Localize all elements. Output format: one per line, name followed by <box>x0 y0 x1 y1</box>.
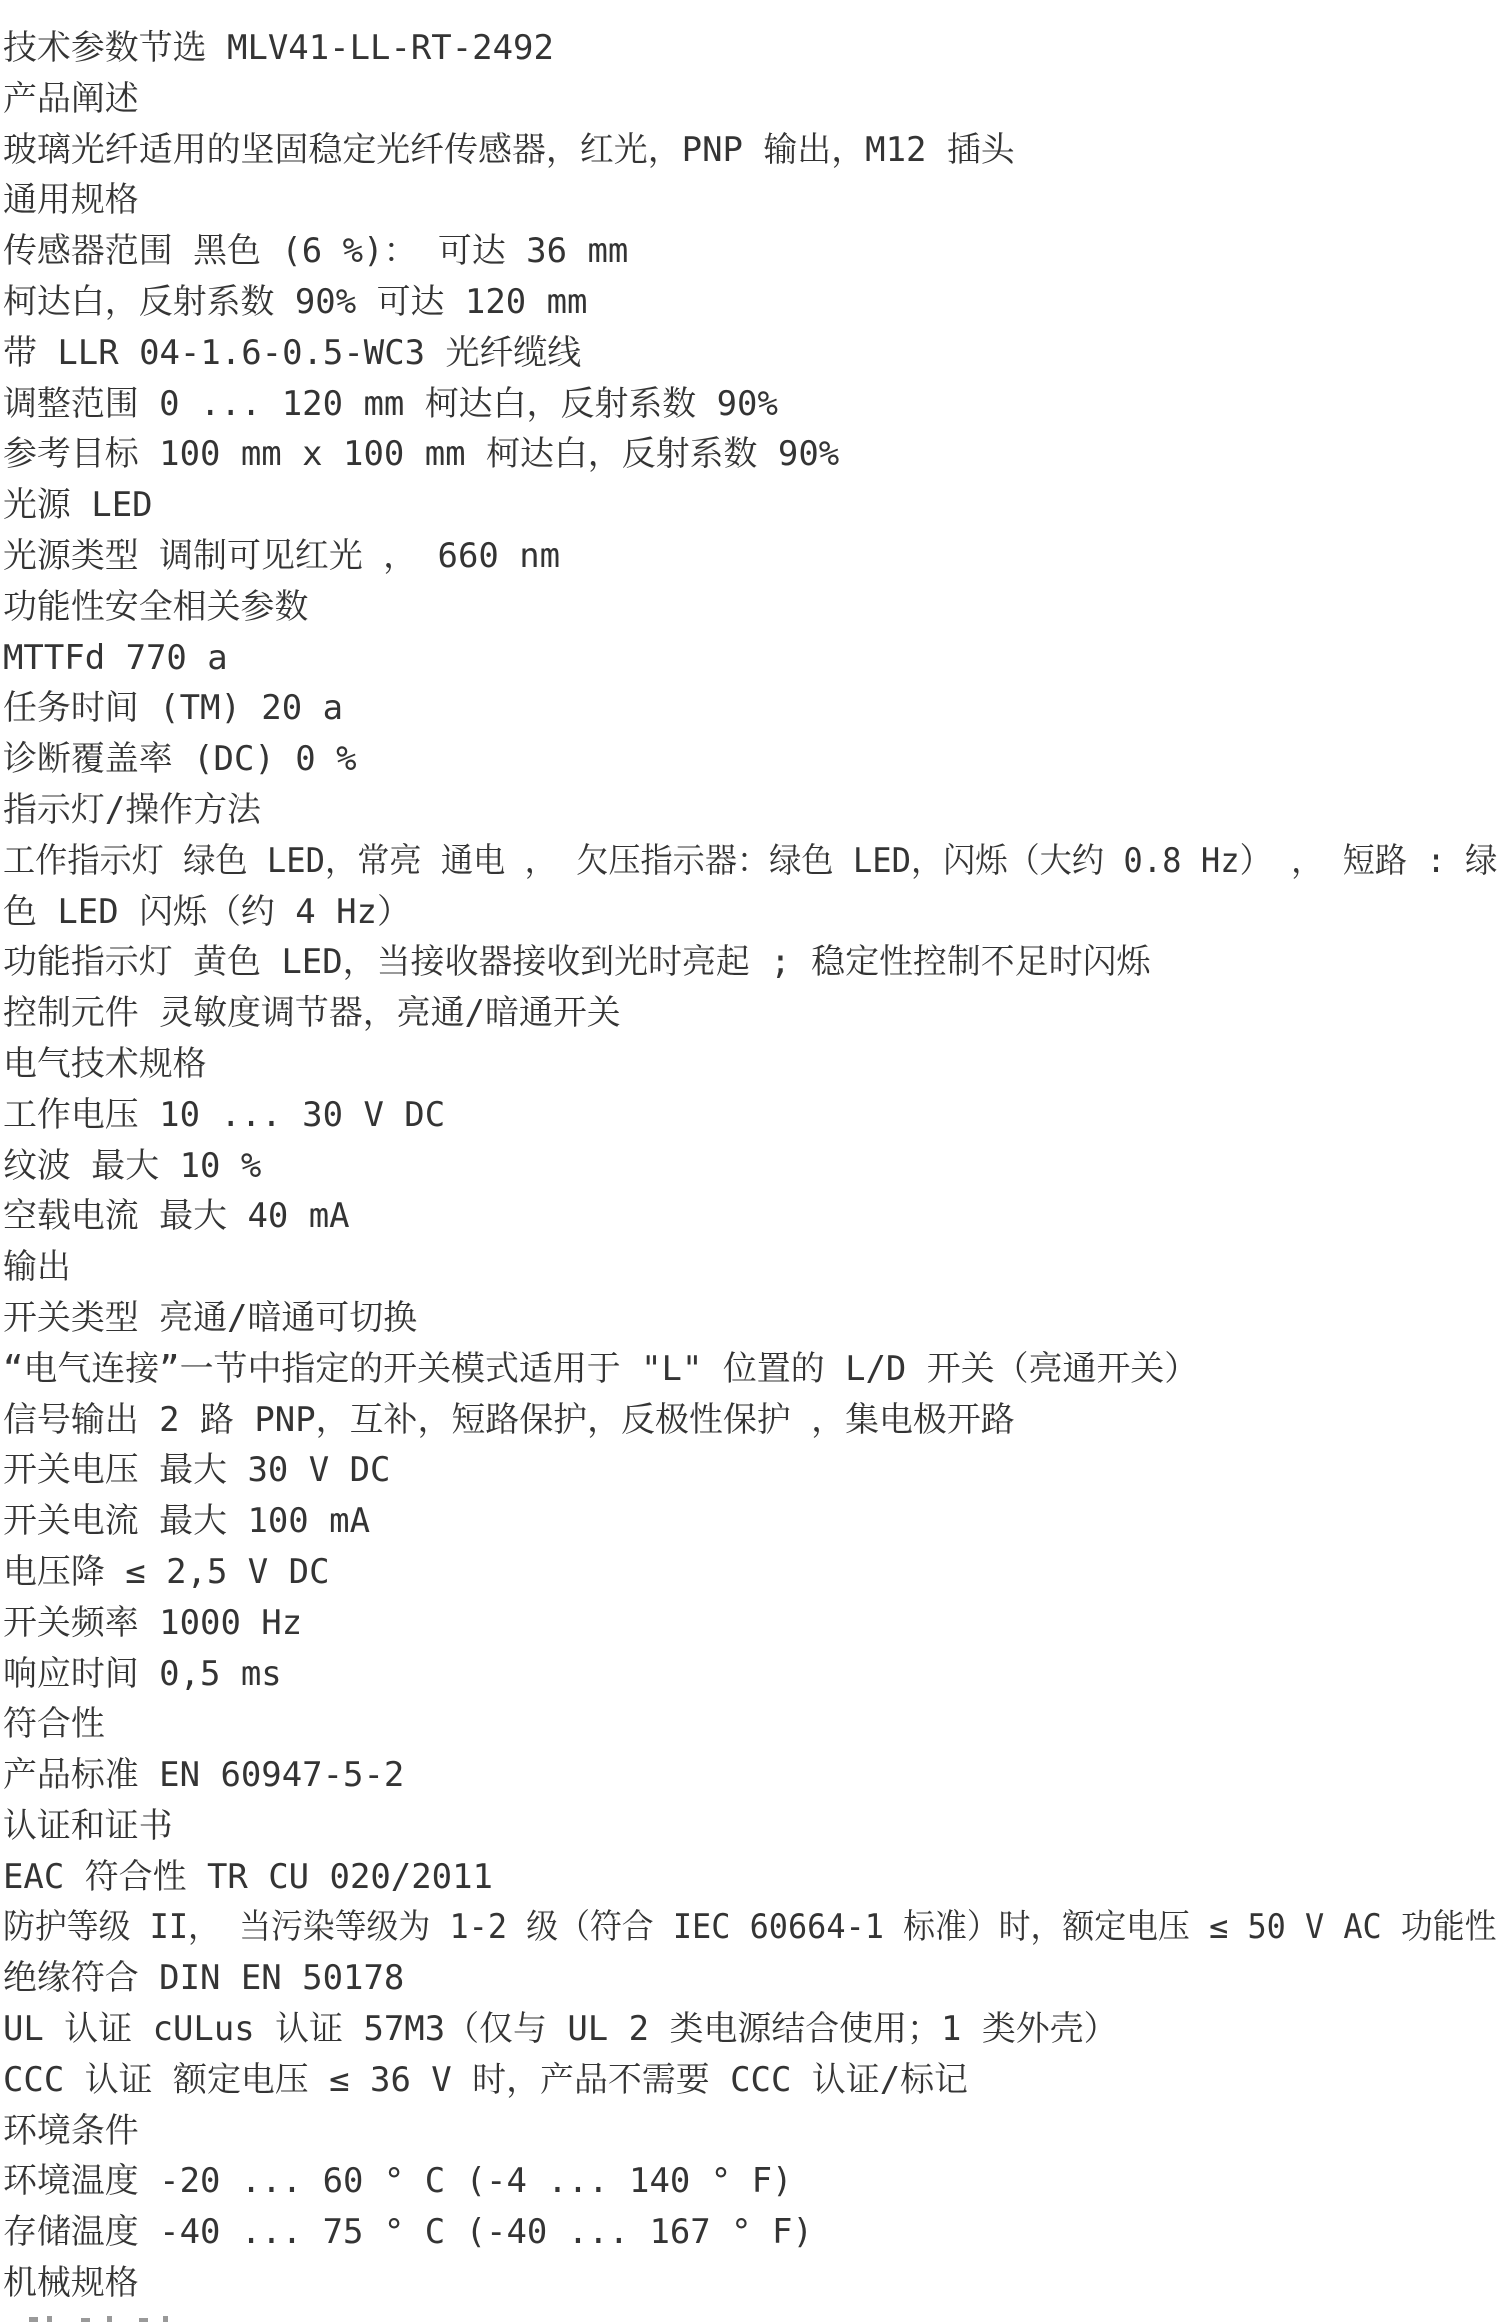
text-line: 工作指示灯 绿色 LED，常亮 通电 ， 欠压指示器：绿色 LED，闪烁（大约 … <box>3 836 1419 887</box>
text-line: 环境温度 -20 ... 60 ° C (-4 ... 140 ° F) <box>3 2156 1497 2207</box>
text-line: 信号输出 2 路 PNP，互补，短路保护，反极性保护 ，集电极开路 <box>3 1395 1497 1446</box>
text-line: 纹波 最大 10 % <box>3 1141 1497 1192</box>
text-line: UL 认证 cULus 认证 57M3（仅与 UL 2 类电源结合使用；1 类外… <box>3 2004 1497 2055</box>
text-line: 任务时间 (TM) 20 a <box>3 683 1497 734</box>
truncated-line-fragment <box>3 2316 423 2322</box>
text-line: 调整范围 0 ... 120 mm 柯达白，反射系数 90% <box>3 379 1497 430</box>
text-line: 空载电流 最大 40 mA <box>3 1191 1497 1242</box>
text-line: 产品标准 EN 60947-5-2 <box>3 1750 1497 1801</box>
text-line: 响应时间 0,5 ms <box>3 1649 1497 1700</box>
text-line: 传感器范围 黑色 (6 %)： 可达 36 mm <box>3 226 1497 277</box>
text-line: 认证和证书 <box>3 1801 1497 1852</box>
spec-document: 技术参数节选 MLV41-LL-RT-2492产品阐述玻璃光纤适用的坚固稳定光纤… <box>0 0 1500 2322</box>
text-line: 技术参数节选 MLV41-LL-RT-2492 <box>3 23 1497 74</box>
text-line: 光源类型 调制可见红光 ， 660 nm <box>3 531 1497 582</box>
text-line: 开关电流 最大 100 mA <box>3 1496 1497 1547</box>
text-line: 开关频率 1000 Hz <box>3 1598 1497 1649</box>
text-line: 带 LLR 04-1.6-0.5-WC3 光纤缆线 <box>3 328 1497 379</box>
text-line: 存储温度 -40 ... 75 ° C (-40 ... 167 ° F) <box>3 2207 1497 2258</box>
text-line: 符合性 <box>3 1699 1497 1750</box>
text-line: “电气连接”一节中指定的开关模式适用于 "L" 位置的 L/D 开关（亮通开关） <box>3 1344 1497 1395</box>
text-line: 环境条件 <box>3 2106 1497 2157</box>
text-line: 光源 LED <box>3 480 1497 531</box>
spec-lines: 技术参数节选 MLV41-LL-RT-2492产品阐述玻璃光纤适用的坚固稳定光纤… <box>3 23 1500 2309</box>
text-line: 玻璃光纤适用的坚固稳定光纤传感器，红光，PNP 输出，M12 插头 <box>3 125 1497 176</box>
text-line: 防护等级 II， 当污染等级为 1-2 级（符合 IEC 60664-1 标准）… <box>3 1902 1406 1953</box>
text-line: 绝缘符合 DIN EN 50178 <box>3 1953 1497 2004</box>
text-line: 工作电压 10 ... 30 V DC <box>3 1090 1497 1141</box>
text-line: 开关类型 亮通/暗通可切换 <box>3 1293 1497 1344</box>
text-line: 开关电压 最大 30 V DC <box>3 1445 1497 1496</box>
text-line: 参考目标 100 mm x 100 mm 柯达白，反射系数 90% <box>3 429 1497 480</box>
text-line: 产品阐述 <box>3 74 1497 125</box>
text-line: 指示灯/操作方法 <box>3 785 1497 836</box>
text-line: 电压降 ≤ 2,5 V DC <box>3 1547 1497 1598</box>
text-line: EAC 符合性 TR CU 020/2011 <box>3 1852 1497 1903</box>
text-line: 机械规格 <box>3 2258 1497 2309</box>
text-line: MTTFd 770 a <box>3 633 1497 684</box>
text-line: 柯达白，反射系数 90% 可达 120 mm <box>3 277 1497 328</box>
text-line: 电气技术规格 <box>3 1039 1497 1090</box>
text-line: 功能性安全相关参数 <box>3 582 1497 633</box>
text-line: 通用规格 <box>3 175 1497 226</box>
text-line: 诊断覆盖率 (DC) 0 % <box>3 734 1497 785</box>
text-line: 控制元件 灵敏度调节器，亮通/暗通开关 <box>3 988 1497 1039</box>
text-line: CCC 认证 额定电压 ≤ 36 V 时，产品不需要 CCC 认证/标记 <box>3 2055 1497 2106</box>
text-line: 输出 <box>3 1242 1497 1293</box>
text-line: 色 LED 闪烁（约 4 Hz） <box>3 887 1497 938</box>
text-line: 功能指示灯 黄色 LED，当接收器接收到光时亮起 ; 稳定性控制不足时闪烁 <box>3 937 1497 988</box>
